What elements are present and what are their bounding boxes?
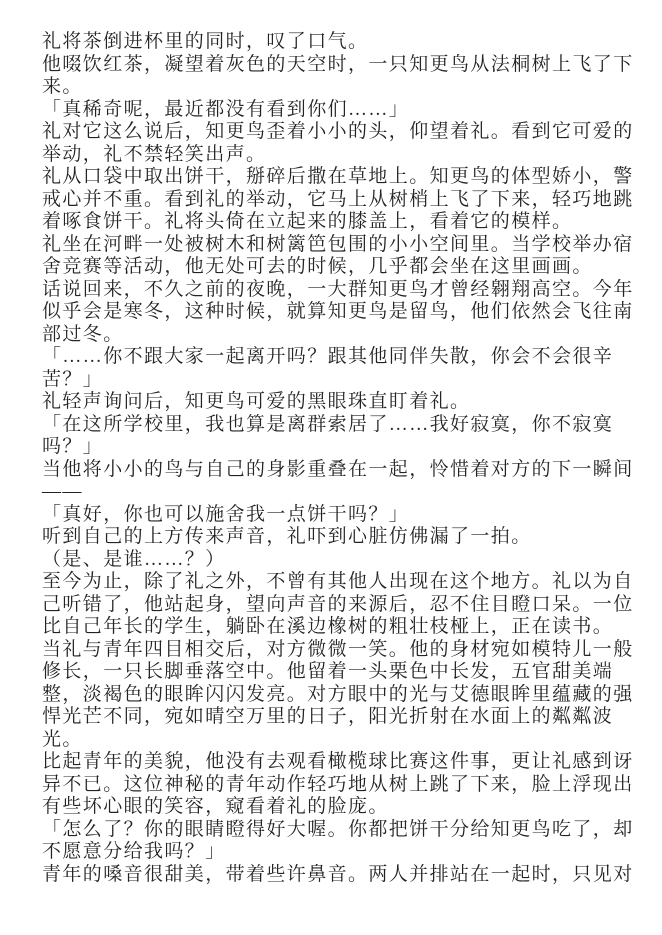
- text-line: 光。: [42, 729, 634, 752]
- text-line: 不愿意分给我吗？」: [42, 841, 634, 864]
- page-text: 礼将茶倒进杯里的同时，叹了口气。他啜饮红茶，凝望着灰色的天空时，一只知更鸟从法桐…: [42, 31, 634, 886]
- novel-page: 礼将茶倒进杯里的同时，叹了口气。他啜饮红茶，凝望着灰色的天空时，一只知更鸟从法桐…: [0, 0, 662, 935]
- text-line: 戒心并不重。看到礼的举动，它马上从树梢上飞了下来，轻巧地跳: [42, 189, 634, 212]
- text-line: 着啄食饼干。礼将头倚在立起来的膝盖上，看着它的模样。: [42, 211, 634, 234]
- text-line: 有些坏心眼的笑容，窥看着礼的脸庞。: [42, 796, 634, 819]
- text-line: 修长，一只长脚垂落空中。他留着一头栗色中长发，五官甜美端: [42, 661, 634, 684]
- text-line: 礼对它这么说后，知更鸟歪着小小的头，仰望着礼。看到它可爱的: [42, 121, 634, 144]
- text-line: 「怎么了？你的眼睛瞪得好大喔。你都把饼干分给知更鸟吃了，却: [42, 819, 634, 842]
- text-line: 己听错了，他站起身，望向声音的来源后，忍不住目瞪口呆。一位: [42, 594, 634, 617]
- text-line: 苦？」: [42, 369, 634, 392]
- text-line: 青年的嗓音很甜美，带着些许鼻音。两人并排站在一起时，只见对: [42, 864, 634, 887]
- text-line: 话说回来，不久之前的夜晚，一大群知更鸟才曾经翱翔高空。今年: [42, 279, 634, 302]
- text-line: 比起青年的美貌，他没有去观看橄榄球比赛这件事，更让礼感到讶: [42, 751, 634, 774]
- text-line: 舍竞赛等活动，他无处可去的时候，几乎都会坐在这里画画。: [42, 256, 634, 279]
- text-line: ——: [42, 481, 634, 504]
- text-line: 当礼与青年四目相交后，对方微微一笑。他的身材宛如模特儿一般: [42, 639, 634, 662]
- text-line: 异不已。这位神秘的青年动作轻巧地从树上跳了下来，脸上浮现出: [42, 774, 634, 797]
- text-line: 「真稀奇呢，最近都没有看到你们……」: [42, 99, 634, 122]
- text-line: 举动，礼不禁轻笑出声。: [42, 144, 634, 167]
- text-line: 「在这所学校里，我也算是离群索居了……我好寂寞，你不寂寞: [42, 414, 634, 437]
- text-line: 比自己年长的学生，躺卧在溪边橡树的粗壮枝桠上，正在读书。: [42, 616, 634, 639]
- text-line: 至今为止，除了礼之外，不曾有其他人出现在这个地方。礼以为自: [42, 571, 634, 594]
- text-line: 听到自己的上方传来声音，礼吓到心脏仿佛漏了一拍。: [42, 526, 634, 549]
- text-line: 整，淡褐色的眼眸闪闪发亮。对方眼中的光与艾德眼眸里蕴藏的强: [42, 684, 634, 707]
- text-line: 礼轻声询问后，知更鸟可爱的黑眼珠直盯着礼。: [42, 391, 634, 414]
- text-line: 「……你不跟大家一起离开吗？跟其他同伴失散，你会不会很辛: [42, 346, 634, 369]
- text-line: 悍光芒不同，宛如晴空万里的日子，阳光折射在水面上的粼粼波: [42, 706, 634, 729]
- text-line: 礼坐在河畔一处被树木和树篱笆包围的小小空间里。当学校举办宿: [42, 234, 634, 257]
- text-line: 他啜饮红茶，凝望着灰色的天空时，一只知更鸟从法桐树上飞了下: [42, 54, 634, 77]
- text-line: （是、是谁……？）: [42, 549, 634, 572]
- text-line: 来。: [42, 76, 634, 99]
- text-line: 当他将小小的鸟与自己的身影重叠在一起，怜惜着对方的下一瞬间: [42, 459, 634, 482]
- text-line: 吗？」: [42, 436, 634, 459]
- text-line: 似乎会是寒冬，这种时候，就算知更鸟是留鸟，他们依然会飞往南: [42, 301, 634, 324]
- text-line: 部过冬。: [42, 324, 634, 347]
- text-line: 礼从口袋中取出饼干，掰碎后撒在草地上。知更鸟的体型娇小，警: [42, 166, 634, 189]
- text-line: 「真好，你也可以施舍我一点饼干吗？」: [42, 504, 634, 527]
- text-line: 礼将茶倒进杯里的同时，叹了口气。: [42, 31, 634, 54]
